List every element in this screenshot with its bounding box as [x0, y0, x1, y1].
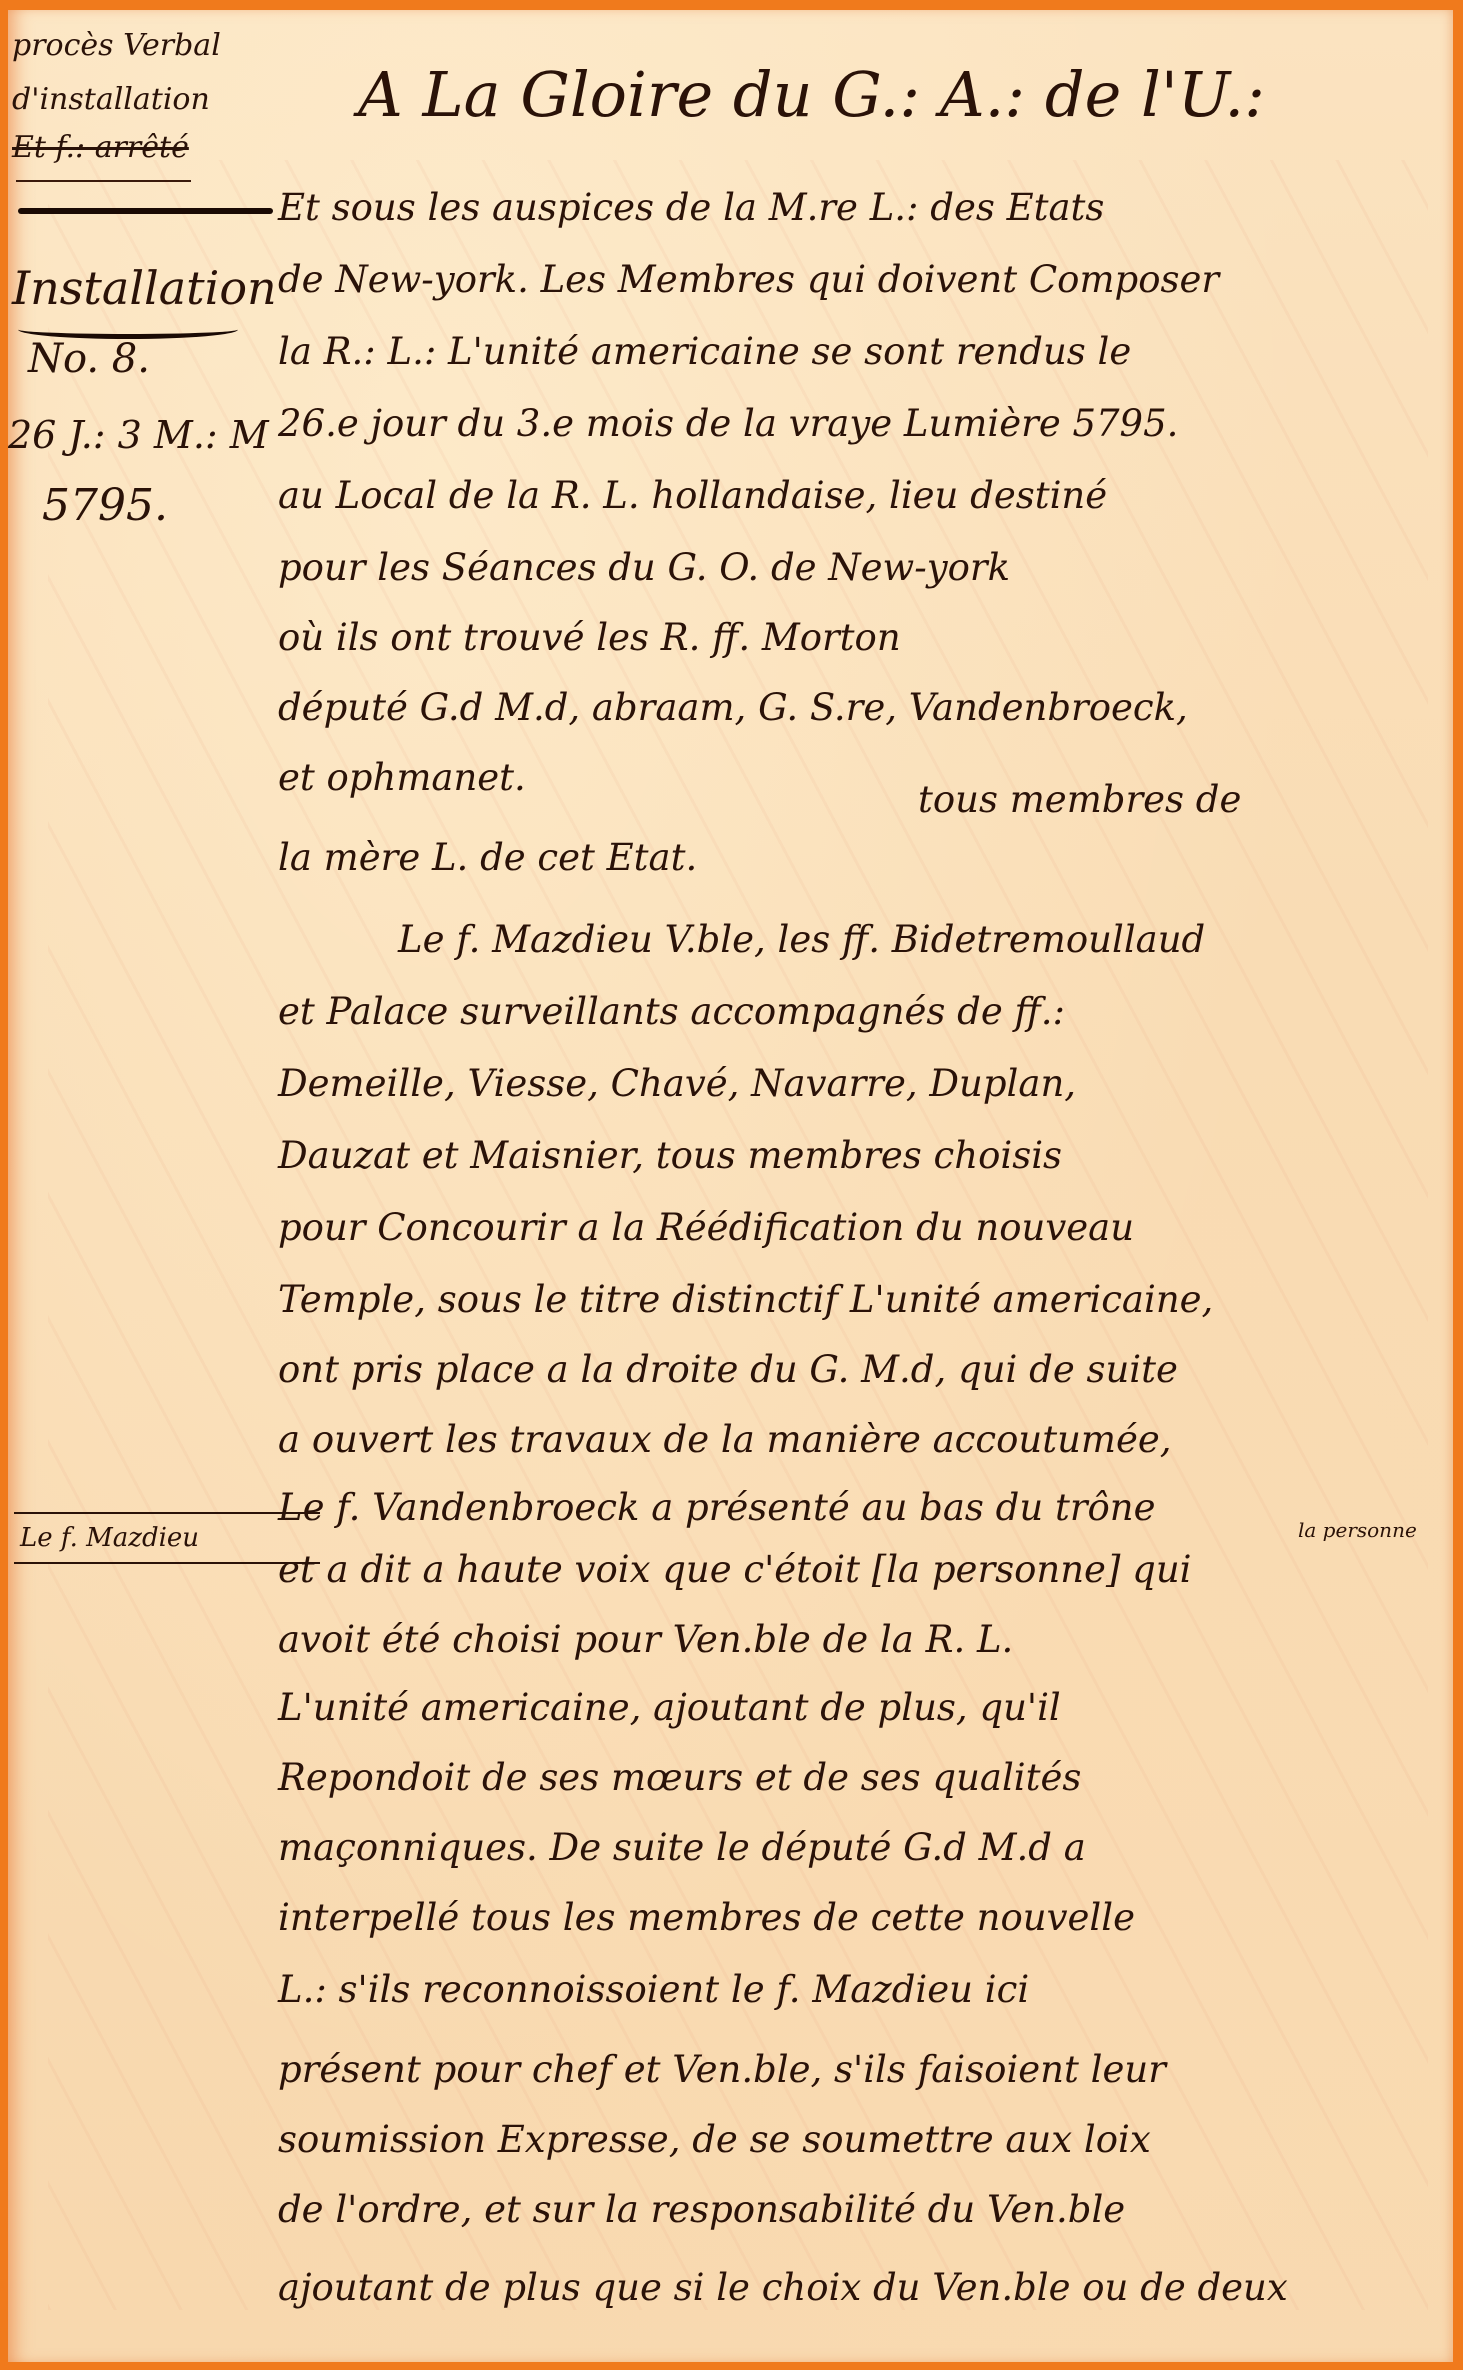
- body-line: soumission Expresse, de se soumettre aux…: [278, 2110, 1428, 2170]
- body-line: et Palace surveillants accompagnés de ff…: [278, 982, 1428, 1042]
- body-line: Repondoit de ses mœurs et de ses qualité…: [278, 1748, 1428, 1808]
- margin-title-line-3-struck: Et f.: arrêté: [12, 130, 189, 166]
- body-line: présent pour chef et Ven.ble, s'ils fais…: [278, 2040, 1428, 2100]
- body-line: maçonniques. De suite le député G.d M.d …: [278, 1818, 1428, 1878]
- installation-year: 5795.: [42, 480, 168, 532]
- body-line: avoit été choisi pour Ven.ble de la R. L…: [278, 1610, 1428, 1670]
- installation-number: No. 8.: [28, 335, 150, 383]
- body-line: a ouvert les travaux de la manière accou…: [278, 1410, 1428, 1470]
- installation-label: Installation: [12, 260, 277, 316]
- body-line: interpellé tous les membres de cette nou…: [278, 1888, 1428, 1948]
- body-line: L.: s'ils reconnoissoient le f. Mazdieu …: [278, 1960, 1428, 2020]
- margin-title-line-2: d'installation: [12, 82, 210, 118]
- body-line: au Local de la R. L. hollandaise, lieu d…: [278, 466, 1428, 526]
- margin-side-note: Le f. Mazdieu: [14, 1512, 320, 1564]
- body-line: pour les Séances du G. O. de New-york: [278, 538, 1428, 598]
- body-line: ajoutant de plus que si le choix du Ven.…: [278, 2258, 1428, 2318]
- body-line: tous membres de: [918, 770, 1463, 830]
- body-line: Le f. Vandenbroeck a présenté au bas du …: [278, 1478, 1428, 1538]
- interlinear-insertion: la personne: [1298, 1518, 1417, 1542]
- body-line: Demeille, Viesse, Chavé, Navarre, Duplan…: [278, 1054, 1428, 1114]
- body-line: L'unité americaine, ajoutant de plus, qu…: [278, 1678, 1428, 1738]
- body-line: Temple, sous le titre distinctif L'unité…: [278, 1270, 1428, 1330]
- thick-rule: [18, 208, 273, 214]
- installation-date: 26 J.: 3 M.: M: [8, 412, 269, 458]
- body-line: de l'ordre, et sur la responsabilité du …: [278, 2180, 1428, 2240]
- manuscript-page: procès Verbal d'installation Et f.: arrê…: [8, 10, 1453, 2362]
- body-line: pour Concourir a la Réédification du nou…: [278, 1198, 1428, 1258]
- body-line: la R.: L.: L'unité americaine se sont re…: [278, 322, 1428, 382]
- body-line: ont pris place a la droite du G. M.d, qu…: [278, 1340, 1428, 1400]
- body-line: député G.d M.d, abraam, G. S.re, Vandenb…: [278, 678, 1428, 738]
- margin-title-line-1: procès Verbal: [12, 28, 221, 64]
- body-line: la mère L. de cet Etat.: [278, 828, 1428, 888]
- body-line: Le f. Mazdieu V.ble, les ff. Bidetremoul…: [398, 910, 1463, 970]
- body-line: Dauzat et Maisnier, tous membres choisis: [278, 1126, 1428, 1186]
- body-line: de New-york. Les Membres qui doivent Com…: [278, 250, 1428, 310]
- body-line: où ils ont trouvé les R. ff. Morton: [278, 608, 1428, 668]
- thin-rule: [16, 180, 191, 182]
- body-line: et a dit a haute voix que c'étoit [la pe…: [278, 1540, 1428, 1600]
- left-margin: procès Verbal d'installation Et f.: arrê…: [8, 10, 273, 2362]
- heading: A La Gloire du G.: A.: de l'U.:: [358, 55, 1265, 135]
- body-line: 26.e jour du 3.e mois de la vraye Lumièr…: [278, 394, 1428, 454]
- body-line: Et sous les auspices de la M.re L.: des …: [278, 178, 1428, 238]
